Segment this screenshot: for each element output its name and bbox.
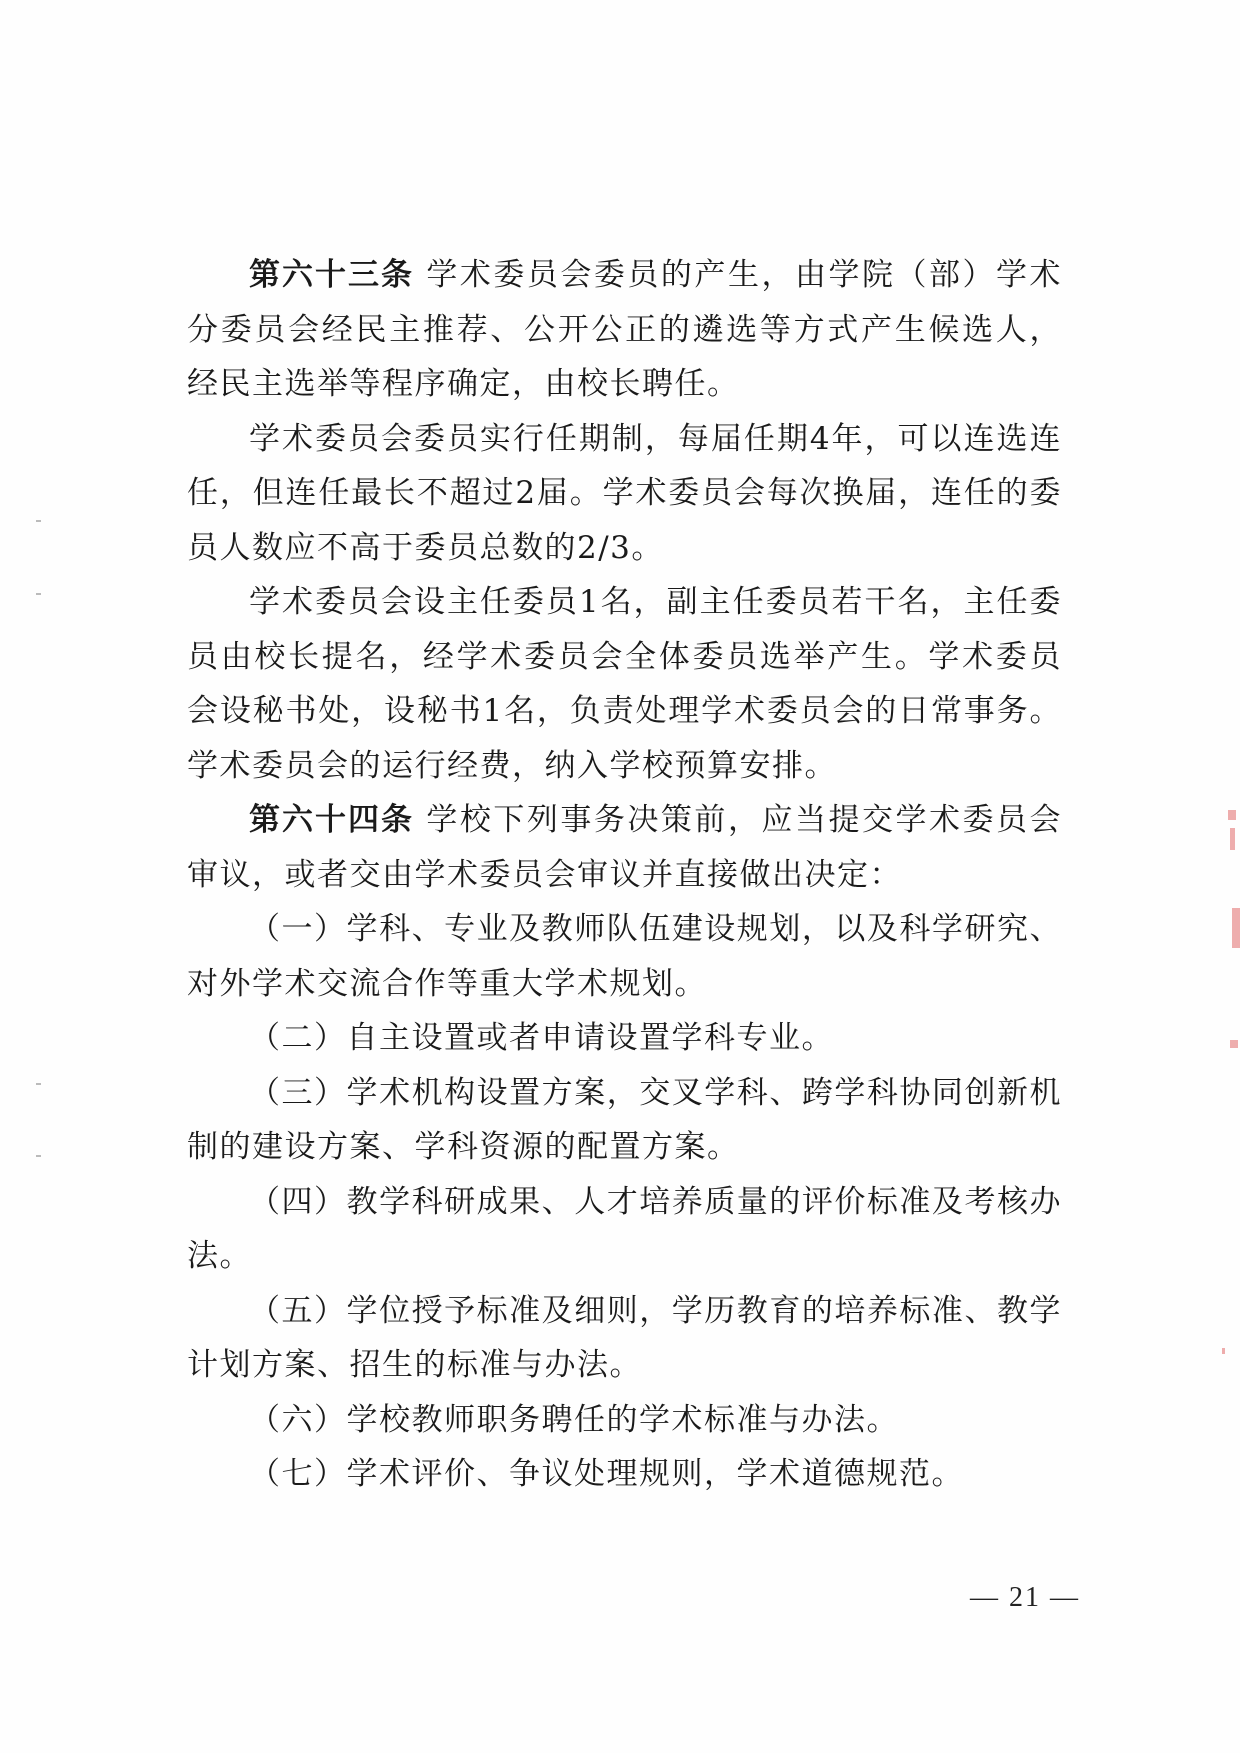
list-item-4: （四）教学科研成果、人才培养质量的评价标准及考核办法。 bbox=[187, 1175, 1062, 1284]
chair-paragraph: 学术委员会设主任委员1名，副主任委员若干名，主任委员由校长提名，经学术委员会全体… bbox=[187, 575, 1062, 793]
seal-edge-mark bbox=[1230, 1040, 1238, 1048]
seal-edge-mark bbox=[1230, 828, 1235, 850]
list-item-7: （七）学术评价、争议处理规则，学术道德规范。 bbox=[187, 1447, 1062, 1502]
scan-speck bbox=[36, 520, 41, 522]
document-body: 第六十三条 学术委员会委员的产生，由学院（部）学术分委员会经民主推荐、公开公正的… bbox=[187, 248, 1062, 1502]
list-item-5: （五）学位授予标准及细则，学历教育的培养标准、教学计划方案、招生的标准与办法。 bbox=[187, 1284, 1062, 1393]
seal-edge-mark bbox=[1222, 1348, 1225, 1354]
list-item-2: （二）自主设置或者申请设置学科专业。 bbox=[187, 1011, 1062, 1066]
article-label: 第六十四条 bbox=[249, 802, 414, 838]
list-item-6: （六）学校教师职务聘任的学术标准与办法。 bbox=[187, 1393, 1062, 1448]
seal-edge-mark bbox=[1232, 908, 1240, 948]
document-page: 第六十三条 学术委员会委员的产生，由学院（部）学术分委员会经民主推荐、公开公正的… bbox=[0, 0, 1240, 1753]
term-paragraph: 学术委员会委员实行任期制，每届任期4年，可以连选连任，但连任最长不超过2届。学术… bbox=[187, 412, 1062, 576]
scan-speck bbox=[36, 1155, 41, 1157]
page-number: — 21 — bbox=[970, 1582, 1080, 1614]
seal-edge-mark bbox=[1228, 810, 1236, 820]
scan-speck bbox=[36, 1083, 41, 1085]
list-item-1: （一）学科、专业及教师队伍建设规划，以及科学研究、对外学术交流合作等重大学术规划… bbox=[187, 902, 1062, 1011]
article-64-paragraph: 第六十四条 学校下列事务决策前，应当提交学术委员会审议，或者交由学术委员会审议并… bbox=[187, 793, 1062, 902]
article-63-paragraph: 第六十三条 学术委员会委员的产生，由学院（部）学术分委员会经民主推荐、公开公正的… bbox=[187, 248, 1062, 412]
scan-speck bbox=[36, 593, 41, 595]
article-label: 第六十三条 bbox=[249, 257, 414, 293]
list-item-3: （三）学术机构设置方案，交叉学科、跨学科协同创新机制的建设方案、学科资源的配置方… bbox=[187, 1066, 1062, 1175]
